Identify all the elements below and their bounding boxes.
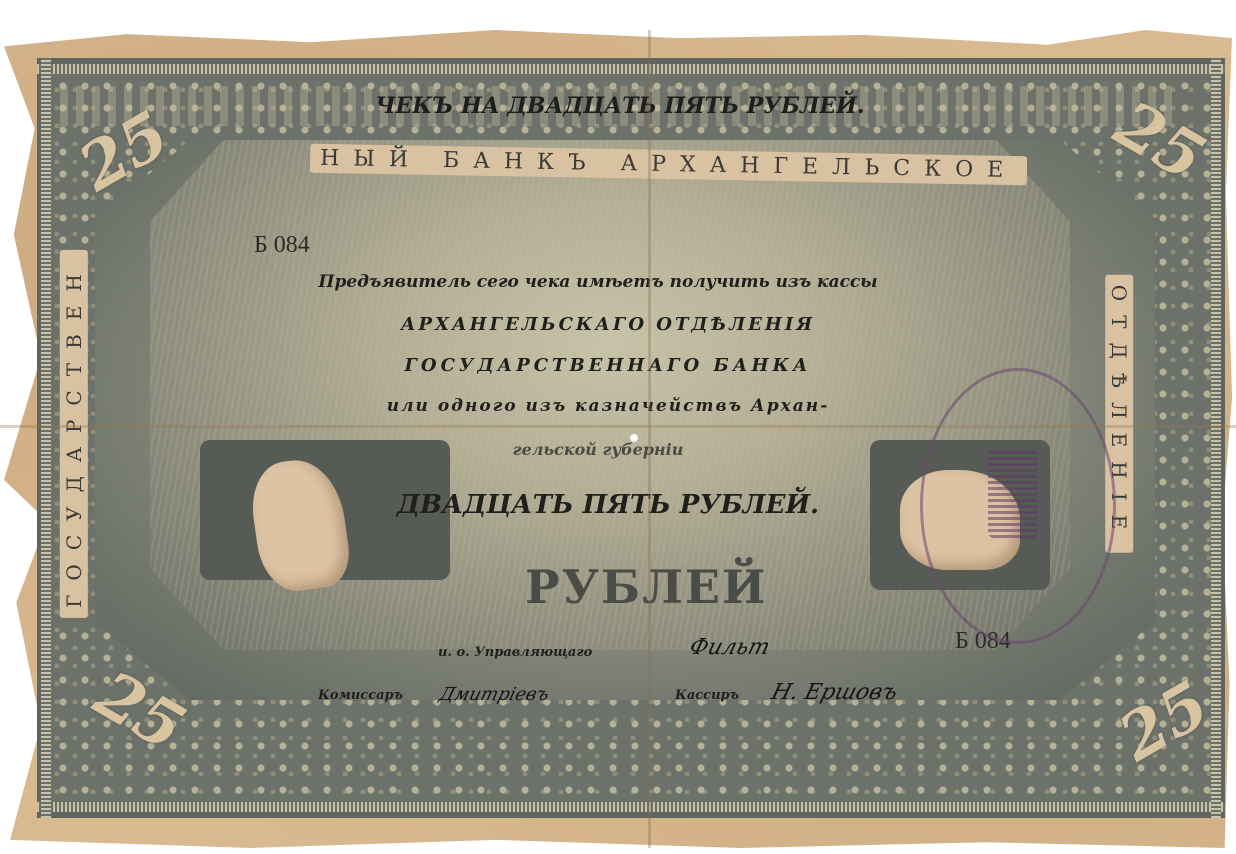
left-border-stripe (41, 58, 51, 818)
header-title: ЧЕКЪ НА ДВАДЦАТЬ ПЯТЬ РУБЛЕЙ. (60, 86, 1180, 126)
rubles-word: РУБЛЕЙ (525, 560, 767, 614)
body-line-2: АРХАНГЕЛЬСКАГО ОТДѢЛЕНІЯ (0, 314, 1226, 335)
ribbon-left-text: ГОСУДАРСТВЕН (60, 250, 88, 618)
bottom-border-stripe (37, 802, 1225, 812)
body-line-1: Предъявитель сего чека имѣетъ получить и… (0, 272, 1216, 292)
serial-number-top: Б 084 (254, 232, 310, 259)
cashier-label: Кассиръ (675, 688, 739, 703)
vertical-fold (648, 30, 651, 848)
horizontal-fold (0, 425, 1236, 428)
stamp-center-mark (988, 448, 1038, 538)
pin-hole (630, 434, 638, 442)
top-border-stripe (37, 64, 1225, 74)
cashier-signature: Н. Ершовъ (769, 680, 901, 705)
manager-signature: Фильт (687, 635, 773, 660)
manager-label: и. о. Управляющаго (438, 645, 592, 660)
commissar-signature: Дмитріевъ (437, 684, 551, 705)
commissar-label: Комиссаръ (318, 688, 403, 703)
right-border-stripe (1211, 58, 1221, 818)
